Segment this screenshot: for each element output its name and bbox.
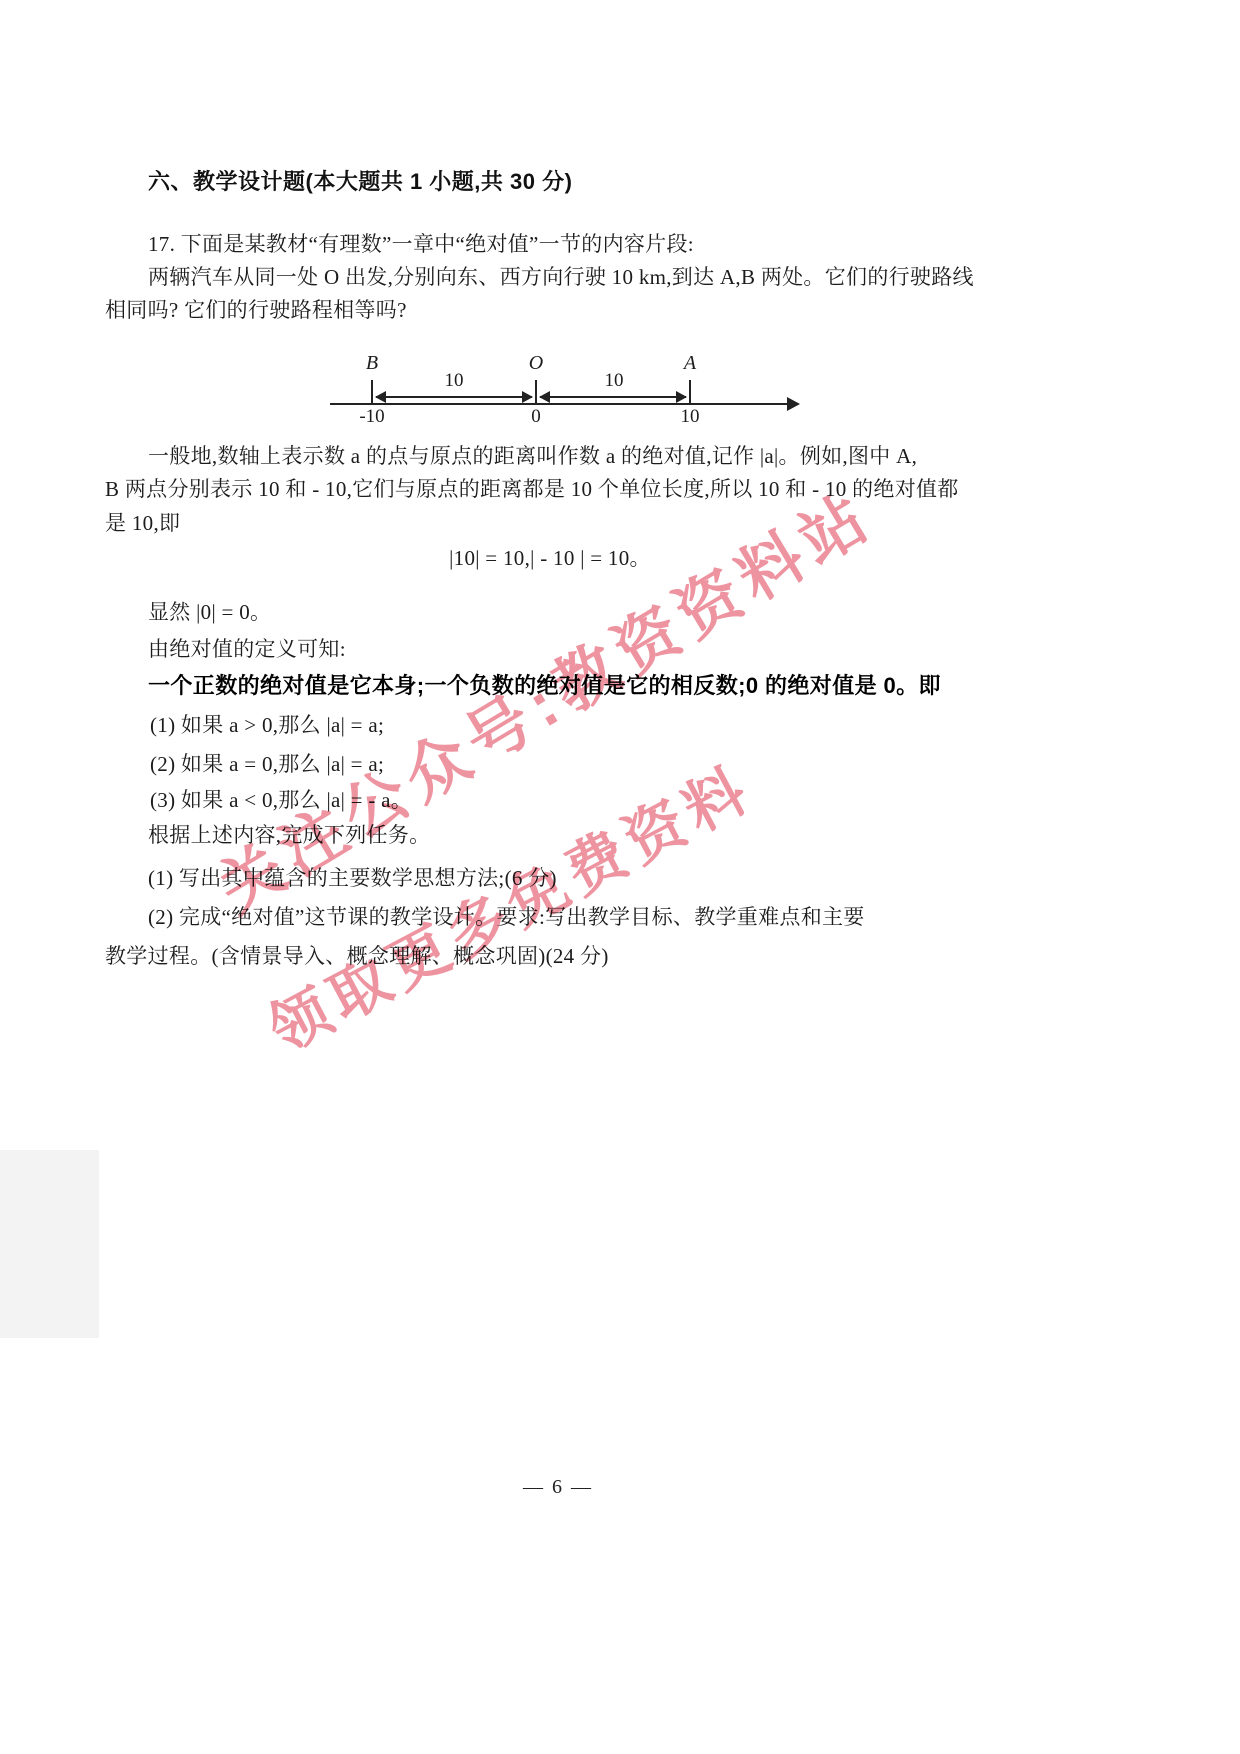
task-2: (2) 完成“绝对值”这节课的教学设计。要求:写出教学目标、教学重难点和主要 [148, 901, 865, 931]
case-1: (1) 如果 a > 0,那么 |a| = a; [150, 709, 384, 739]
scenario-line-2: 相同吗? 它们的行驶路程相等吗? [105, 294, 407, 324]
task-2-continuation: 教学过程。(含情景导入、概念理解、概念巩固)(24 分) [105, 940, 609, 970]
tick-o [535, 380, 537, 404]
section-heading: 六、教学设计题(本大题共 1 小题,共 30 分) [148, 165, 572, 196]
axis-value-neg10: -10 [359, 406, 384, 428]
scan-artifact-strip [0, 1150, 99, 1338]
axis-arrowhead-icon [787, 397, 800, 411]
definition-line-3: 是 10,即 [105, 507, 180, 537]
page-number: — 6 — [492, 1476, 624, 1499]
tick-a [689, 380, 691, 404]
point-label-o: O [529, 352, 543, 375]
case-2: (2) 如果 a = 0,那么 |a| = a; [150, 748, 384, 778]
abs-value-rule-bold: 一个正数的绝对值是它本身;一个负数的绝对值是它的相反数;0 的绝对值是 0。即 [148, 669, 941, 700]
scenario-line-1: 两辆汽车从同一处 O 出发,分别向东、西方向行驶 10 km,到达 A,B 两处… [148, 261, 974, 291]
question-intro: 17. 下面是某教材“有理数”一章中“绝对值”一节的内容片段: [148, 228, 694, 258]
point-label-a: A [684, 352, 696, 375]
definition-line-2: B 两点分别表示 10 和 - 10,它们与原点的距离都是 10 个单位长度,所… [105, 473, 959, 503]
double-arrow-b-o [376, 396, 532, 398]
tasks-intro: 根据上述内容,完成下列任务。 [148, 819, 430, 849]
number-line-axis [330, 403, 790, 405]
number-line-diagram: B O A 10 10 -10 0 10 [330, 352, 804, 438]
zero-case-line: 显然 |0| = 0。 [148, 596, 271, 626]
segment-length-right: 10 [605, 370, 624, 392]
axis-value-10: 10 [681, 406, 700, 428]
task-1: (1) 写出其中蕴含的主要数学思想方法;(6 分) [148, 862, 557, 892]
definition-line-1: 一般地,数轴上表示数 a 的点与原点的距离叫作数 a 的绝对值,记作 |a|。例… [148, 440, 917, 470]
segment-length-left: 10 [445, 370, 464, 392]
tick-b [371, 380, 373, 404]
axis-value-0: 0 [531, 406, 541, 428]
case-3: (3) 如果 a < 0,那么 |a| = - a。 [150, 784, 412, 814]
exam-page: 关注公众号:教资资料站 领取更多免费资料 六、教学设计题(本大题共 1 小题,共… [0, 0, 1240, 1754]
double-arrow-o-a [540, 396, 686, 398]
point-label-b: B [366, 352, 378, 375]
definition-intro-line: 由绝对值的定义可知: [148, 633, 346, 663]
abs-value-formula: |10| = 10,| - 10 | = 10。 [105, 542, 995, 572]
